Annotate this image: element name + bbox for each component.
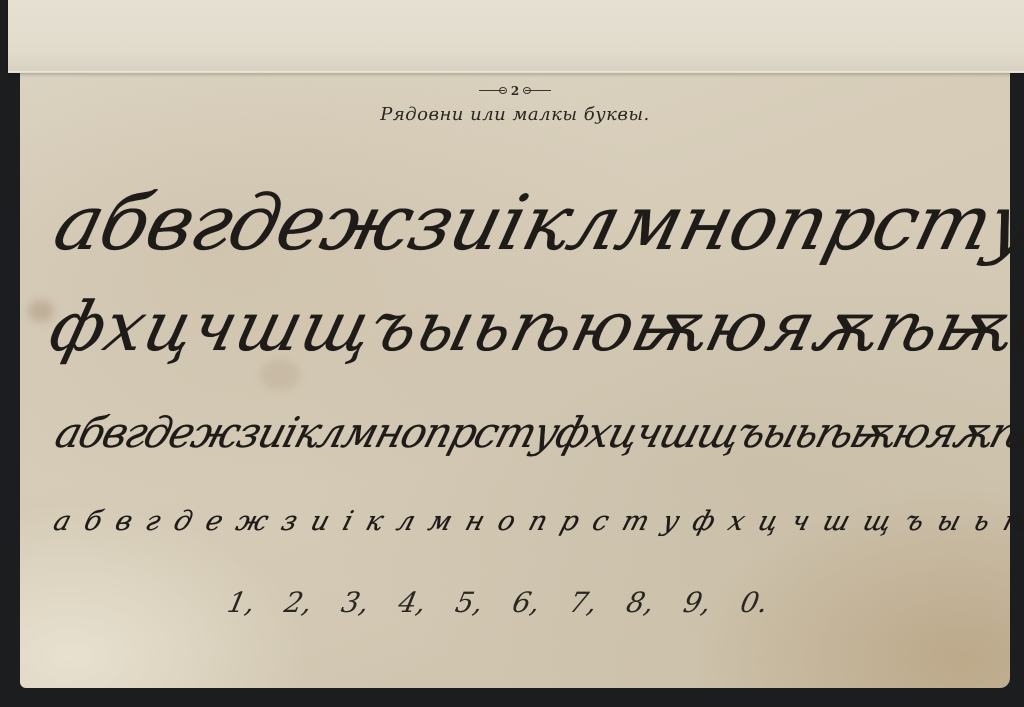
large-script-row-2: фхцчшщъыьѣюѭюяѫѣѭѳ. xyxy=(42,288,1024,367)
paper-stain xyxy=(28,300,54,322)
numerals-row: 1, 2, 3, 4, 5, 6, 7, 8, 9, 0. xyxy=(228,586,798,619)
ornament-left-icon xyxy=(479,90,505,91)
numeral: 4, xyxy=(395,586,459,619)
numeral: 0. xyxy=(737,586,801,619)
ornament-right-icon xyxy=(525,90,551,91)
numeral: 3, xyxy=(338,586,402,619)
previous-page-edge xyxy=(8,0,1024,73)
numeral: 2, xyxy=(281,586,345,619)
numeral: 1, xyxy=(224,586,288,619)
numeral: 6, xyxy=(509,586,573,619)
numeral: 9, xyxy=(680,586,744,619)
page-header: 2 Рядовни или малкы буквы. xyxy=(20,78,1010,125)
photo-scene: 2 Рядовни или малкы буквы. абвгдежзиiклм… xyxy=(0,0,1024,707)
medium-script-row: абвгдежзиiклмнопрстуфхцчшщъыьѣѭюяѫѣѭѳ. xyxy=(50,408,1024,457)
small-script-row: а б в г д е ж з и i к л м н о п р с т у … xyxy=(50,506,1024,537)
numeral: 5, xyxy=(452,586,516,619)
numeral: 8, xyxy=(623,586,687,619)
large-script-row-1: абвгдежзиiклмнопрсту xyxy=(46,178,1024,267)
section-title: Рядовни или малкы буквы. xyxy=(20,104,1010,125)
copybook-page: 2 Рядовни или малкы буквы. абвгдежзиiклм… xyxy=(20,60,1010,688)
page-number: 2 xyxy=(511,84,519,98)
page-number-line: 2 xyxy=(479,84,551,98)
numeral: 7, xyxy=(566,586,630,619)
